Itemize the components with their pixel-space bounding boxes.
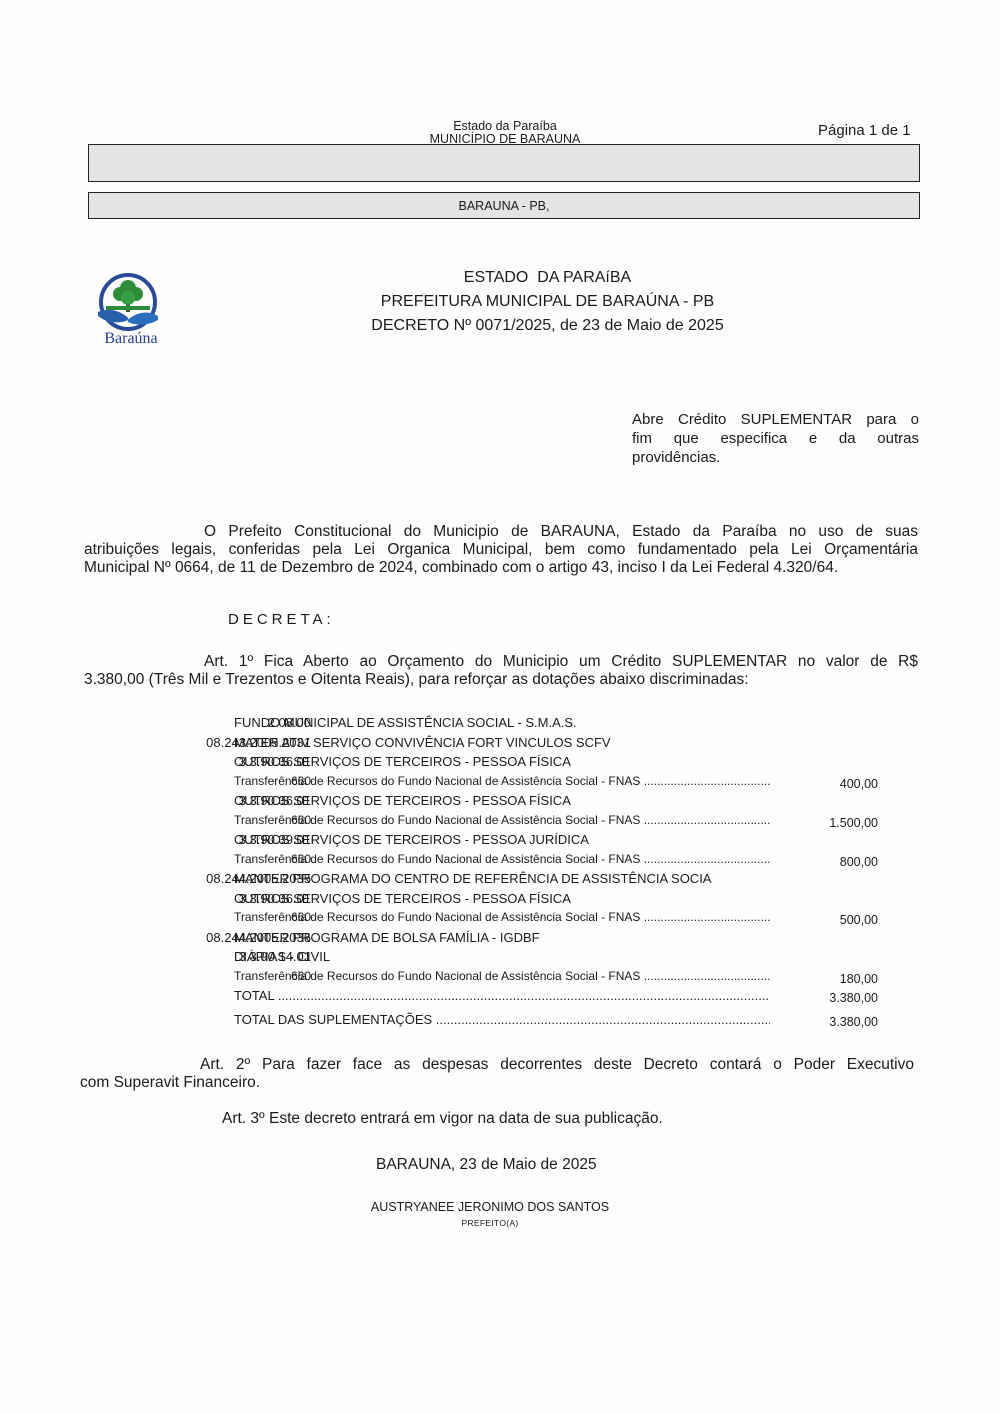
article-1: Art. 1º Fica Aberto ao Orçamento do Muni… bbox=[84, 653, 918, 689]
dotacao-row-source: 660Transferência de Recursos do Fundo Na… bbox=[84, 908, 914, 928]
dotacao-description-leader: Transferência de Recursos do Fundo Nacio… bbox=[234, 967, 770, 986]
decree-title-block: ESTADO DA PARAíBA PREFEITURA MUNICIPAL D… bbox=[300, 266, 795, 338]
article-3: Art. 3º Este decreto entrará em vigor na… bbox=[222, 1110, 663, 1128]
dotacao-description: OUTROS SERVIÇOS DE TERCEIROS - PESSOA JU… bbox=[234, 830, 589, 849]
dotacao-row-element: 3.3.90.14.01DIÁRIAS - CIVIL bbox=[84, 947, 914, 967]
title-state: ESTADO DA PARAíBA bbox=[300, 266, 795, 290]
page-indicator: Página 1 de 1 bbox=[818, 122, 911, 139]
article-2-line: Art. 2º Para fazer face as despesas deco… bbox=[80, 1056, 914, 1074]
dotacao-description: OUTROS SERVIÇOS DE TERCEIROS - PESSOA FÍ… bbox=[234, 752, 571, 771]
logo-text: Baraúna bbox=[94, 330, 168, 348]
ementa-line: Abre Crédito SUPLEMENTAR para o bbox=[632, 410, 919, 429]
dotacao-description: OUTROS SERVIÇOS DE TERCEIROS - PESSOA FÍ… bbox=[234, 889, 571, 908]
preamble-line: Municipal Nº 0664, de 11 de Dezembro de … bbox=[84, 559, 918, 577]
preamble-line: O Prefeito Constitucional do Municipio d… bbox=[84, 523, 918, 541]
dotacao-row-action: 08.243.2005.2031MATER ATIV SERVIÇO CONVI… bbox=[84, 733, 914, 753]
dotacao-row-element: 3.3.90.36.01OUTROS SERVIÇOS DE TERCEIROS… bbox=[84, 791, 914, 811]
signer-name: AUSTRYANEE JERONIMO DOS SANTOS bbox=[300, 1200, 680, 1214]
dotacao-description: TOTAL bbox=[234, 988, 274, 1003]
signer-role: PREFEITO(A) bbox=[300, 1218, 680, 1228]
dotacao-description: TOTAL DAS SUPLEMENTAÇÕES bbox=[234, 1012, 432, 1027]
dotacao-row-element: 3.3.90.39.01OUTROS SERVIÇOS DE TERCEIROS… bbox=[84, 830, 914, 850]
dotacao-description: Transferência de Recursos do Fundo Nacio… bbox=[234, 774, 640, 788]
dotacao-description: Transferência de Recursos do Fundo Nacio… bbox=[234, 910, 640, 924]
header-band-empty bbox=[88, 144, 920, 182]
dotacao-description: OUTROS SERVIÇOS DE TERCEIROS - PESSOA FÍ… bbox=[234, 791, 571, 810]
article-1-line: Art. 1º Fica Aberto ao Orçamento do Muni… bbox=[84, 653, 918, 671]
article-3-text: Art. 3º Este decreto entrará em vigor na… bbox=[222, 1110, 663, 1127]
report-header: Estado da Paraíba MUNICÍPIO DE BARAUNA bbox=[380, 120, 630, 146]
dotacoes-table: 2.08.00FUNDO MUNICIPAL DE ASSISTÊNCIA SO… bbox=[84, 713, 914, 1034]
dotacao-description: MANTER PROGRAMA DE BOLSA FAMÍLIA - IGDBF bbox=[234, 928, 540, 947]
header-band-location: BARAUNA - PB, bbox=[88, 192, 920, 219]
dotacao-row-total: TOTAL ..................................… bbox=[84, 986, 914, 1010]
dotacao-description: Transferência de Recursos do Fundo Nacio… bbox=[234, 969, 640, 983]
article-1-line: 3.380,00 (Três Mil e Trezentos e Oitenta… bbox=[84, 671, 918, 689]
dotacao-description-leader: Transferência de Recursos do Fundo Nacio… bbox=[234, 908, 770, 927]
dotacao-description: MATER ATIV SERVIÇO CONVIVÊNCIA FORT VINC… bbox=[234, 733, 611, 752]
ementa-line: fim que especifica e da outras bbox=[632, 429, 919, 448]
dotacao-row-action: 08.244.2005.2036MANTER PROGRAMA DE BOLSA… bbox=[84, 928, 914, 948]
dotacao-row-grand-total: TOTAL DAS SUPLEMENTAÇÕES ...............… bbox=[84, 1010, 914, 1034]
place-and-date: BARAUNA, 23 de Maio de 2025 bbox=[376, 1156, 597, 1174]
dotacao-description: Transferência de Recursos do Fundo Nacio… bbox=[234, 813, 640, 827]
article-2: Art. 2º Para fazer face as despesas deco… bbox=[80, 1056, 914, 1092]
decreta-heading: DECRETA: bbox=[228, 611, 335, 628]
dotacao-description: Transferência de Recursos do Fundo Nacio… bbox=[234, 852, 640, 866]
dotacao-description-leader: Transferência de Recursos do Fundo Nacio… bbox=[234, 850, 770, 869]
dotacao-description-leader: TOTAL DAS SUPLEMENTAÇÕES ...............… bbox=[234, 1010, 770, 1029]
preamble-line: atribuições legais, conferidas pela Lei … bbox=[84, 541, 918, 559]
dotacao-description-leader: Transferência de Recursos do Fundo Nacio… bbox=[234, 772, 770, 791]
dotacao-row-source: 660Transferência de Recursos do Fundo Na… bbox=[84, 850, 914, 870]
dotacao-description-leader: Transferência de Recursos do Fundo Nacio… bbox=[234, 811, 770, 830]
dotacao-description: DIÁRIAS - CIVIL bbox=[234, 947, 330, 966]
dotacao-description: MANTER PROGRAMA DO CENTRO DE REFERÊNCIA … bbox=[234, 869, 711, 888]
dotacao-description: FUNDO MUNICIPAL DE ASSISTÊNCIA SOCIAL - … bbox=[234, 713, 577, 732]
header-band-location-text: BARAUNA - PB, bbox=[89, 199, 919, 213]
article-2-line: com Superavit Financeiro. bbox=[80, 1074, 914, 1092]
dotacao-row-element: 3.3.90.36.01OUTROS SERVIÇOS DE TERCEIROS… bbox=[84, 889, 914, 909]
ementa: Abre Crédito SUPLEMENTAR para o fim que … bbox=[632, 410, 919, 467]
dotacao-description-leader: TOTAL ..................................… bbox=[234, 986, 770, 1005]
dotacao-row-unit: 2.08.00FUNDO MUNICIPAL DE ASSISTÊNCIA SO… bbox=[84, 713, 914, 733]
dotacao-amount: 3.380,00 bbox=[829, 1013, 878, 1032]
ementa-line: providências. bbox=[632, 448, 919, 467]
dotacao-row-element: 3.3.90.36.01OUTROS SERVIÇOS DE TERCEIROS… bbox=[84, 752, 914, 772]
dotacao-row-source: 660Transferência de Recursos do Fundo Na… bbox=[84, 772, 914, 792]
title-decree-number: DECRETO Nº 0071/2025, de 23 de Maio de 2… bbox=[300, 314, 795, 338]
title-prefecture: PREFEITURA MUNICIPAL DE BARAÚNA - PB bbox=[300, 290, 795, 314]
preamble-paragraph: O Prefeito Constitucional do Municipio d… bbox=[84, 523, 918, 577]
dotacao-amount: 3.380,00 bbox=[829, 989, 878, 1008]
dotacao-row-source: 660Transferência de Recursos do Fundo Na… bbox=[84, 811, 914, 831]
dotacao-row-action: 08.244.2005.2035MANTER PROGRAMA DO CENTR… bbox=[84, 869, 914, 889]
dotacao-row-source: 660Transferência de Recursos do Fundo Na… bbox=[84, 967, 914, 987]
